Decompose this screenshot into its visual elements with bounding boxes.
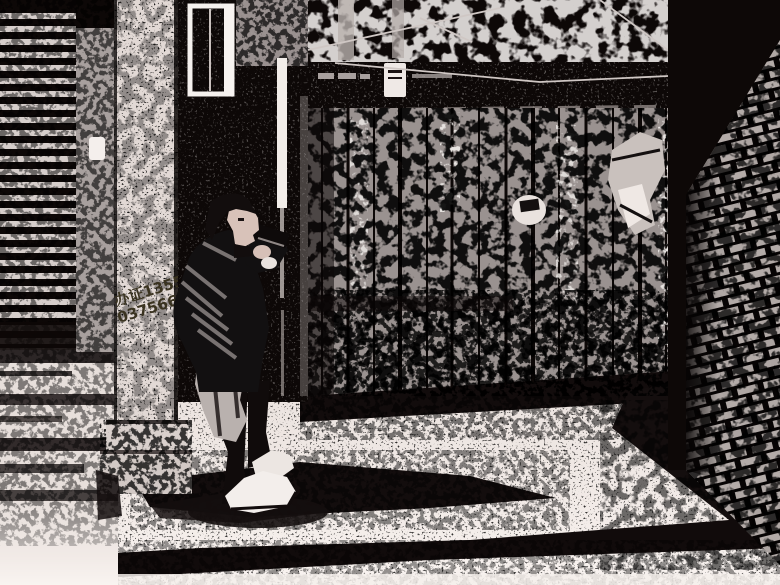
wooden-gate <box>308 108 688 396</box>
door-jamb <box>76 0 114 352</box>
roller-shutter-door <box>0 0 76 350</box>
small-white-sign <box>89 137 105 160</box>
gate-paper-patch <box>512 195 546 225</box>
eye <box>238 218 244 221</box>
upper-wall <box>308 0 692 110</box>
photo-canvas: 办证1355 037566 <box>0 0 780 585</box>
posterized-street-photo: 办证1355 037566 <box>0 0 780 585</box>
